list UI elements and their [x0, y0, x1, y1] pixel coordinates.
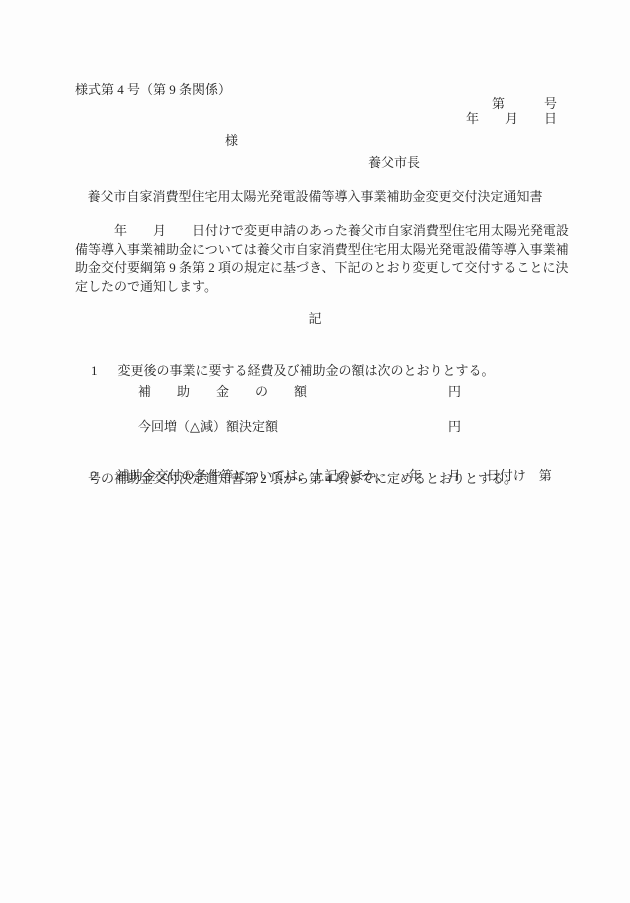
body-paragraph-line: 備等導入事業補助金については養父市自家消費型住宅用太陽光発電設備等導入事業補: [75, 243, 569, 257]
body-paragraph-line: 年 月 日付けで変更申請のあった養父市自家消費型住宅用太陽光発電設: [75, 224, 569, 238]
body-paragraph-line: 定したので通知します。: [75, 280, 217, 294]
amount-unit-yen: 円: [448, 420, 461, 434]
addressee-honorific: 様: [225, 134, 238, 148]
list-item-2-continuation: 号の補助金交付決定通知書第 2 項から第 4 項までに定めるとおりとする。: [88, 472, 517, 486]
amount-unit-yen: 円: [448, 385, 461, 399]
document-page: 様式第 4 号（第 9 条関係） 第 号 年 月 日 様 養父市長 養父市自家消…: [0, 0, 630, 903]
date-line: 年 月 日: [466, 112, 557, 126]
amount-label: 補 助 金 の 額: [138, 385, 307, 399]
item-number: 1: [91, 364, 98, 378]
document-number-line: 第 号: [492, 97, 557, 111]
amount-label: 今回増（△減）額決定額: [138, 420, 278, 434]
body-paragraph-line: 助金交付要綱第 9 条第 2 項の規定に基づき、下記のとおり変更して交付すること…: [75, 261, 568, 275]
ki-marker: 記: [0, 312, 630, 326]
document-title: 養父市自家消費型住宅用太陽光発電設備等導入事業補助金変更交付決定通知書: [0, 190, 630, 204]
form-number-label: 様式第 4 号（第 9 条関係）: [75, 83, 231, 97]
sender-name: 養父市長: [368, 156, 420, 170]
item-text: 変更後の事業に要する経費及び補助金の額は次のとおりとする。: [118, 363, 495, 378]
